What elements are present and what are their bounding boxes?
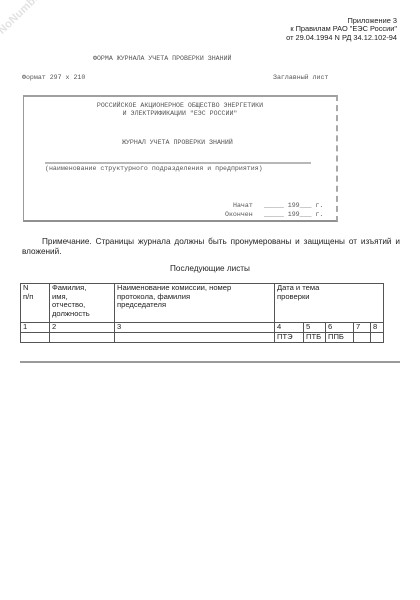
subdivision-caption: (наименование структурного подразделения…: [45, 165, 263, 172]
table-row: 1 2 3 4 5 6 7 8: [21, 323, 384, 333]
journal-table: N п/п Фамилия, имя, отчество, должность …: [20, 283, 384, 343]
finished-date-field: _____ 199___ г.: [264, 211, 323, 218]
subheader-ptb: ПТБ: [304, 332, 326, 342]
header-date-topic: Дата и тема проверки: [275, 284, 384, 323]
subheader-cell-2: [50, 332, 115, 342]
bottom-divider: [20, 361, 400, 363]
col-number-3: 3: [115, 323, 275, 333]
started-date-field: _____ 199___ г.: [264, 202, 323, 209]
subheader-ppb: ППБ: [326, 332, 354, 342]
subsequent-sheets-title: Последующие листы: [0, 264, 420, 273]
appendix-line-3: от 29.04.1994 N РД 34.12.102-94: [286, 34, 397, 42]
col-number-8: 8: [371, 323, 384, 333]
note-paragraph: Примечание. Страницы журнала должны быть…: [22, 237, 400, 257]
col-number-1: 1: [21, 323, 50, 333]
org-line-2: И ЭЛЕКТРИФИКАЦИИ "ЕЭС РОССИИ": [0, 110, 360, 117]
subheader-cell-8: [371, 332, 384, 342]
col-number-6: 6: [326, 323, 354, 333]
header-number: N п/п: [21, 284, 50, 323]
format-label: Формат 297 х 210: [22, 74, 85, 81]
col-number-7: 7: [354, 323, 371, 333]
watermark: NoNumber.ru: [0, 0, 56, 37]
header-full-name: Фамилия, имя, отчество, должность: [50, 284, 115, 323]
subheader-cell-7: [354, 332, 371, 342]
col-number-5: 5: [304, 323, 326, 333]
journal-title: ЖУРНАЛ УЧЕТА ПРОВЕРКИ ЗНАНИЙ: [122, 139, 233, 146]
col-number-2: 2: [50, 323, 115, 333]
subheader-cell-1: [21, 332, 50, 342]
appendix-reference: Приложение 3 к Правилам РАО "ЕЭС России"…: [286, 17, 397, 42]
subheader-pte: ПТЭ: [275, 332, 304, 342]
form-title: ФОРМА ЖУРНАЛА УЧЕТА ПРОВЕРКИ ЗНАНИЙ: [93, 55, 232, 62]
sheet-label: Заглавный лист: [273, 74, 328, 81]
org-line-1: РОССИЙСКОЕ АКЦИОНЕРНОЕ ОБЩЕСТВО ЭНЕРГЕТИ…: [0, 102, 360, 109]
table-row: ПТЭ ПТБ ППБ: [21, 332, 384, 342]
col-number-4: 4: [275, 323, 304, 333]
subheader-cell-3: [115, 332, 275, 342]
table-header-row: N п/п Фамилия, имя, отчество, должность …: [21, 284, 384, 323]
finished-label: Окончен: [225, 211, 253, 218]
subdivision-underline: [45, 162, 311, 164]
started-label: Начат: [233, 202, 253, 209]
header-commission: Наименование комиссии, номер протокола, …: [115, 284, 275, 323]
